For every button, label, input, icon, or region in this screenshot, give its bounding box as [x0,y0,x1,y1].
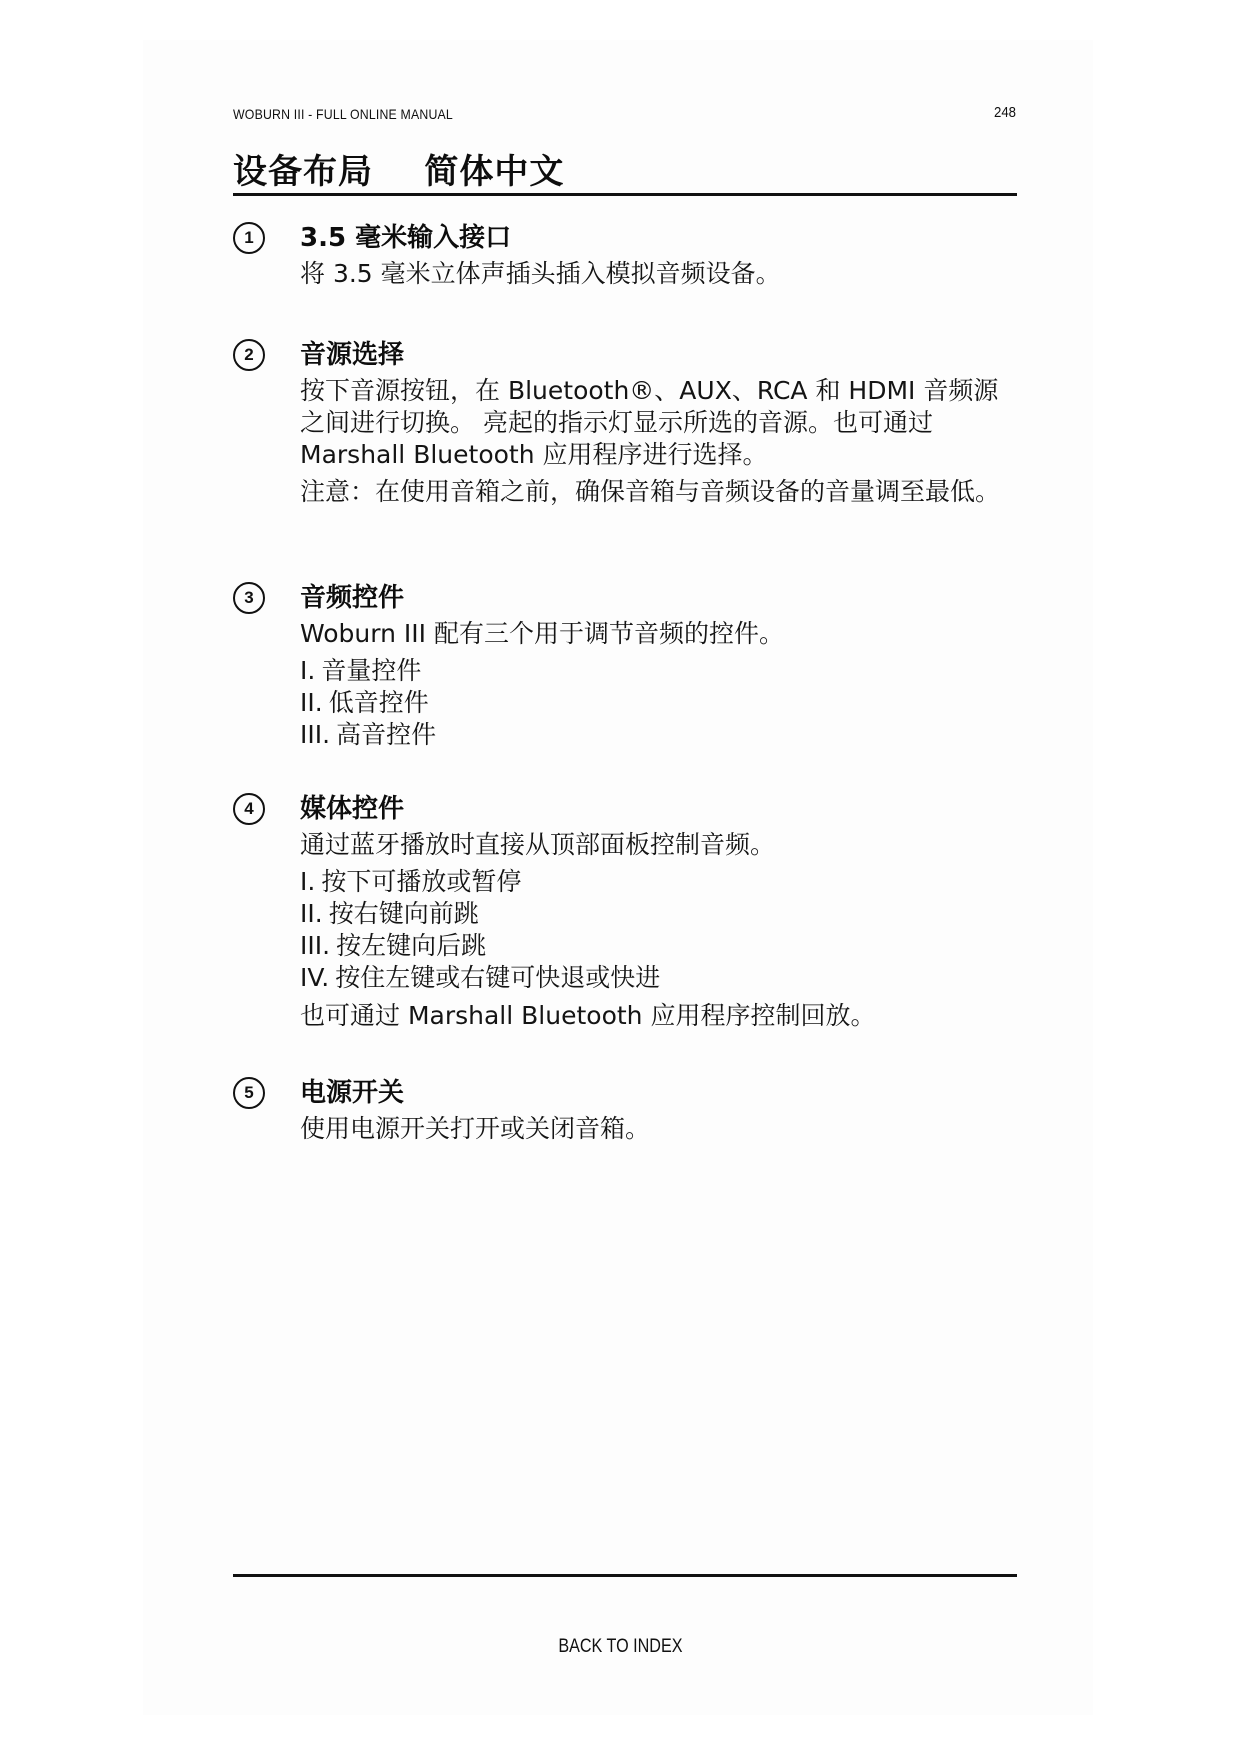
section-source-select: 2 音源选择 按下音源按钮，在 Bluetooth®、AUX、RCA 和 HDM… [233,337,1023,513]
list-text: 低音控件 [329,688,429,717]
audio-controls-list: I.音量控件 II.低音控件 III.高音控件 [300,655,1023,751]
number-badge: 4 [233,793,265,825]
section-paragraph: 也可通过 Marshall Bluetooth 应用程序控制回放。 [300,1000,1023,1032]
list-item: II.按右键向前跳 [300,898,1023,930]
section-paragraph: Woburn III 配有三个用于调节音频的控件。 [300,618,1023,650]
back-to-index-link[interactable]: BACK TO INDEX [93,1636,1148,1658]
list-numeral: III. [300,719,330,751]
list-text: 按住左键或右键可快退或快进 [335,963,660,992]
list-text: 按右键向前跳 [329,899,479,928]
footer-divider [233,1574,1017,1577]
number-badge: 2 [233,339,265,371]
list-text: 音量控件 [321,656,421,685]
list-numeral: I. [300,655,315,687]
media-controls-list: I.按下可播放或暂停 II.按右键向前跳 III.按左键向后跳 IV.按住左键或… [300,866,1023,994]
list-item: I.音量控件 [300,655,1023,687]
section-3-5mm-input: 1 3.5 毫米输入接口 将 3.5 毫米立体声插头插入模拟音频设备。 [233,220,1023,295]
list-item: III.按左键向后跳 [300,930,1023,962]
section-title: 3.5 毫米输入接口 [300,220,1023,256]
title-divider [233,193,1017,196]
running-header: WOBURN III - FULL ONLINE MANUAL [233,106,453,122]
page-title: 设备布局 简体中文 [233,144,564,193]
list-numeral: III. [300,930,330,962]
list-numeral: II. [300,898,323,930]
list-item: I.按下可播放或暂停 [300,866,1023,898]
section-title: 音源选择 [300,337,1000,373]
list-numeral: IV. [300,962,329,994]
section-title: 电源开关 [300,1075,1023,1111]
section-audio-controls: 3 音频控件 Woburn III 配有三个用于调节音频的控件。 I.音量控件 … [233,580,1023,757]
section-paragraph: 将 3.5 毫米立体声插头插入模拟音频设备。 [300,258,1023,290]
note-paragraph: 注意：在使用音箱之前，确保音箱与音频设备的音量调至最低。 [300,476,1000,508]
number-badge: 5 [233,1077,265,1109]
list-item: IV.按住左键或右键可快退或快进 [300,962,1023,994]
section-paragraph: 使用电源开关打开或关闭音箱。 [300,1113,1023,1145]
section-paragraph: 通过蓝牙播放时直接从顶部面板控制音频。 [300,829,1023,861]
number-badge: 1 [233,222,265,254]
list-numeral: I. [300,866,315,898]
list-item: III.高音控件 [300,719,1023,751]
list-item: II.低音控件 [300,687,1023,719]
list-text: 按下可播放或暂停 [321,867,521,896]
section-title: 音频控件 [300,580,1023,616]
number-badge: 3 [233,582,265,614]
section-paragraph: 按下音源按钮，在 Bluetooth®、AUX、RCA 和 HDMI 音频源之间… [300,375,1000,471]
page-number: 248 [994,104,1016,121]
section-power-switch: 5 电源开关 使用电源开关打开或关闭音箱。 [233,1075,1023,1150]
list-text: 按左键向后跳 [336,931,486,960]
list-numeral: II. [300,687,323,719]
section-title: 媒体控件 [300,791,1023,827]
list-text: 高音控件 [336,720,436,749]
section-media-controls: 4 媒体控件 通过蓝牙播放时直接从顶部面板控制音频。 I.按下可播放或暂停 II… [233,791,1023,1037]
